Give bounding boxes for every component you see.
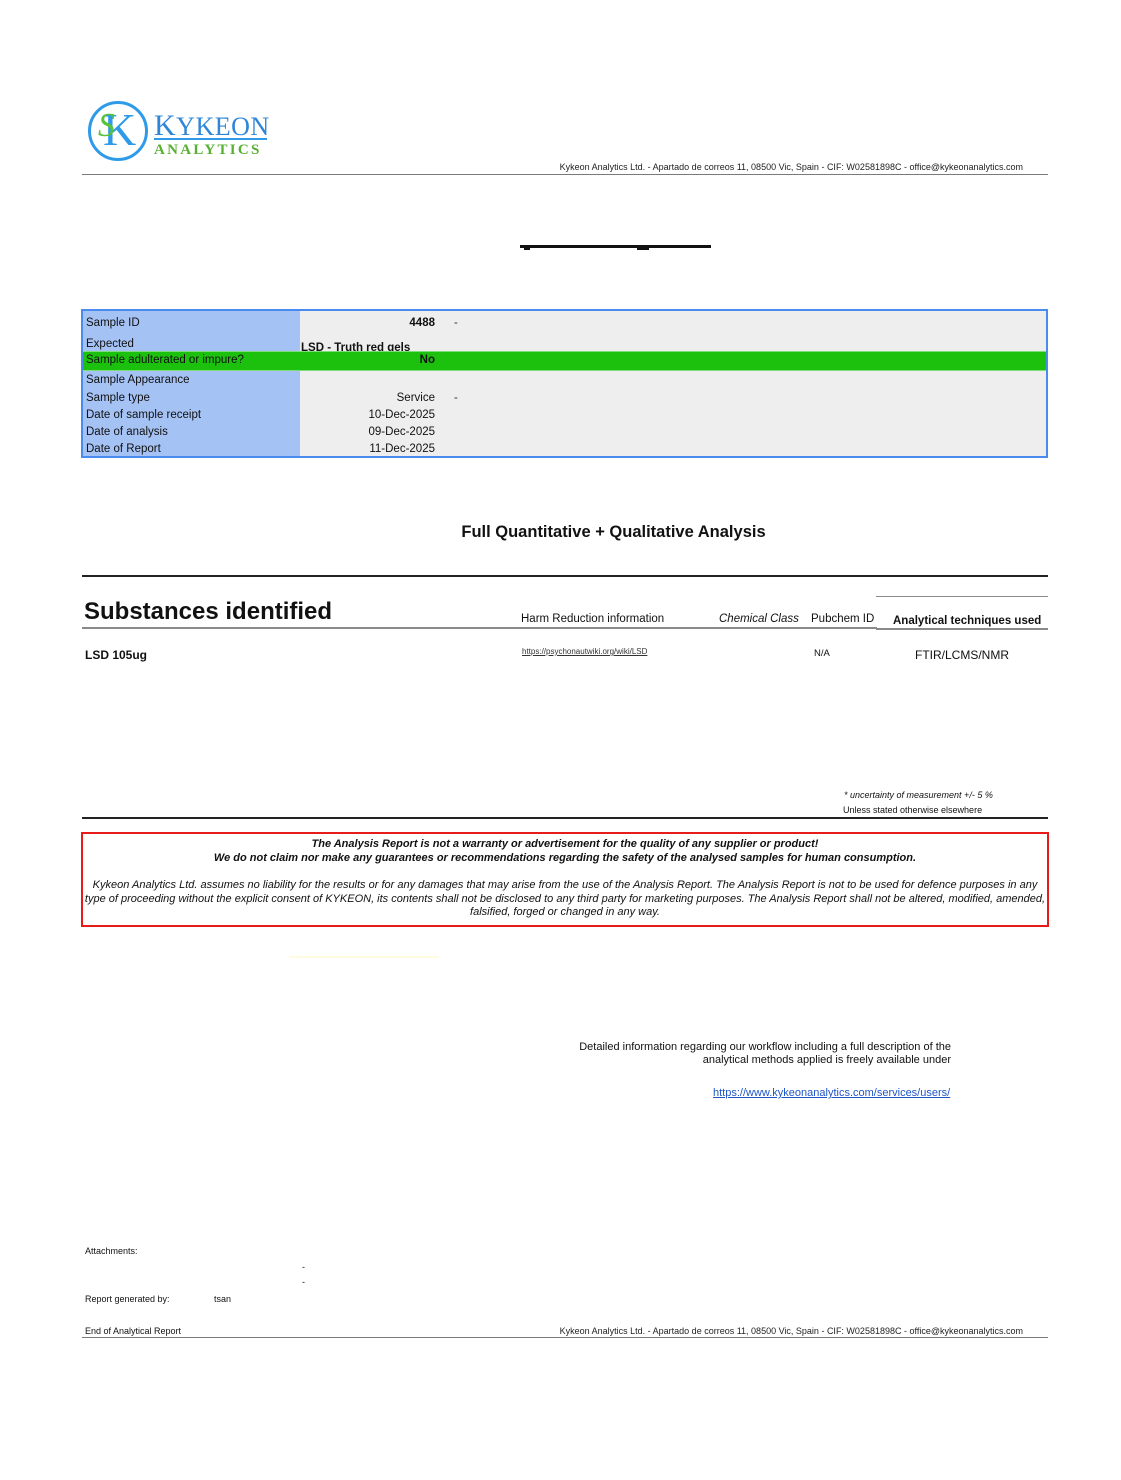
substance-pubchem: N/A (814, 648, 830, 659)
row-sample-id: Sample ID 4488 - (83, 315, 1046, 332)
attachment-item: - (302, 1277, 305, 1287)
section-divider (82, 575, 1048, 577)
logo-name: KYKEON (154, 112, 270, 141)
workflow-info: Detailed information regarding our workf… (560, 1041, 951, 1067)
attachment-item: - (302, 1262, 305, 1272)
analysis-date-value: 09-Dec-2025 (369, 424, 435, 441)
sample-type-value: Service (397, 390, 435, 407)
techniques-top-divider (876, 596, 1048, 597)
disclaimer-line-1: The Analysis Report is not a warranty or… (83, 838, 1047, 852)
uncertainty-note: * uncertainty of measurement +/- 5 % (844, 790, 993, 800)
substance-name: LSD 105ug (85, 648, 147, 662)
column-harm-reduction: Harm Reduction information (521, 613, 664, 625)
header-divider (82, 174, 1048, 175)
column-techniques: Analytical techniques used (893, 615, 1041, 627)
label: Sample type (86, 390, 150, 407)
disclaimer-box: The Analysis Report is not a warranty or… (81, 832, 1049, 927)
label: Date of Report (86, 441, 161, 458)
generated-by-value: tsan (214, 1294, 231, 1304)
end-of-report: End of Analytical Report (85, 1326, 181, 1336)
generated-by-label: Report generated by: (85, 1294, 170, 1304)
harm-reduction-link[interactable]: https://psychonautwiki.org/wiki/LSD (522, 647, 647, 656)
redacted-mark (524, 247, 530, 250)
row-analysis-date: Date of analysis 09-Dec-2025 (83, 424, 1046, 441)
logo-divider (154, 138, 267, 140)
logo-subtitle: ANALYTICS (154, 141, 262, 159)
redacted-mark (637, 247, 649, 250)
techniques-header-divider (876, 628, 1048, 630)
row-report-date: Date of Report 11-Dec-2025 (83, 441, 1046, 458)
substances-header-divider (82, 627, 877, 629)
company-logo: K S KYKEON ANALYTICS (86, 100, 276, 170)
footer-address: Kykeon Analytics Ltd. - Apartado de corr… (560, 1326, 1023, 1336)
substances-title: Substances identified (84, 598, 332, 626)
disclaimer-line-2: We do not claim nor make any guarantees … (83, 852, 1047, 866)
header-address: Kykeon Analytics Ltd. - Apartado de corr… (560, 162, 1023, 172)
faint-divider (289, 956, 439, 958)
label: Sample ID (86, 315, 140, 332)
uncertainty-qualifier: Unless stated otherwise elsewhere (843, 805, 982, 815)
adulterated-value: No (420, 352, 435, 369)
logo-serpent-glyph: S (98, 106, 115, 146)
analysis-title: Full Quantitative + Qualitative Analysis (0, 523, 1121, 542)
workflow-link[interactable]: https://www.kykeonanalytics.com/services… (713, 1087, 950, 1099)
substance-techniques: FTIR/LCMS/NMR (915, 648, 1009, 662)
report-date-value: 11-Dec-2025 (369, 441, 435, 458)
receipt-date-value: 10-Dec-2025 (369, 407, 435, 424)
row-adulterated: Sample adulterated or impure? No (83, 351, 1046, 371)
column-pubchem-id: Pubchem ID (811, 613, 874, 625)
row-receipt-date: Date of sample receipt 10-Dec-2025 (83, 407, 1046, 424)
column-chemical-class: Chemical Class (719, 613, 799, 625)
row-appearance: Sample Appearance (83, 372, 1046, 389)
attachments-label: Attachments: (85, 1246, 138, 1256)
sample-id-value: 4488 (409, 315, 435, 332)
row-sample-type: Sample type Service - (83, 390, 1046, 407)
footer-divider (82, 1337, 1048, 1338)
redacted-title (520, 245, 711, 248)
extra: - (454, 315, 458, 332)
extra: - (454, 390, 458, 407)
disclaimer-warning: The Analysis Report is not a warranty or… (83, 834, 1047, 865)
substances-bottom-divider (82, 817, 1048, 819)
sample-info-table: Sample ID 4488 - Expected LSD - Truth re… (81, 309, 1048, 458)
label: Date of sample receipt (86, 407, 201, 424)
label: Sample adulterated or impure? (86, 352, 244, 369)
label: Sample Appearance (86, 372, 190, 389)
label: Date of analysis (86, 424, 168, 441)
disclaimer-body: Kykeon Analytics Ltd. assumes no liabili… (83, 879, 1047, 920)
